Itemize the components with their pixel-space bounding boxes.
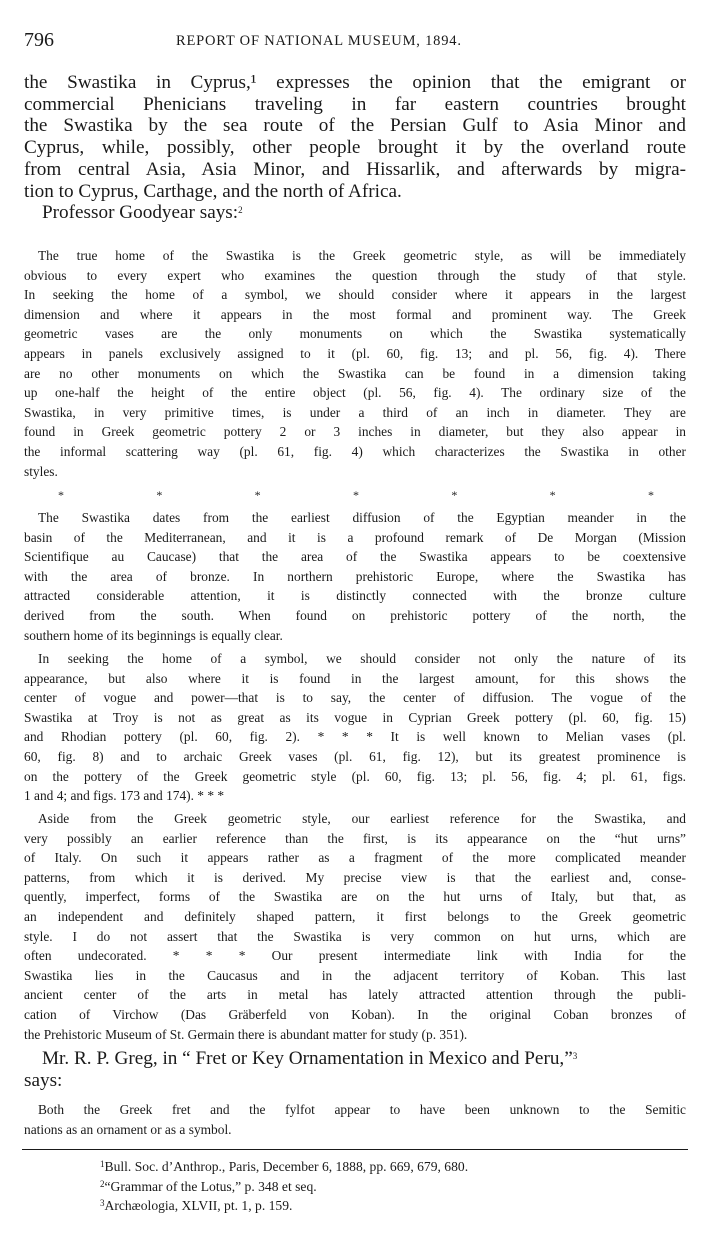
footnote-1: 1Bull. Soc. d’Anthrop., Paris, December … [100, 1157, 468, 1177]
text-line: often undecorated. * * * Our present int… [24, 946, 686, 966]
footnote-ref: 2 [238, 205, 243, 215]
text-line: The Swastika dates from the earliest dif… [24, 508, 686, 528]
text-line: found in Greek geometric pottery 2 or 3 … [24, 422, 686, 442]
text-line: dimension and where it appears in the mo… [24, 305, 686, 325]
goodyear-intro: Professor Goodyear says:2 [24, 202, 686, 224]
text-line: very possibly an earlier reference than … [24, 829, 686, 849]
text-line: Swastika, in very primitive times, is un… [24, 403, 686, 423]
text-line: styles. [24, 462, 686, 482]
quote-goodyear-2: The Swastika dates from the earliest dif… [24, 508, 686, 645]
text-line: nations as an ornament or as a symbol. [24, 1120, 686, 1140]
text-line: says: [24, 1070, 686, 1092]
asterisk: * [648, 488, 654, 503]
text-line: The true home of the Swastika is the Gre… [24, 246, 686, 266]
footnote-text: Archæologia, XLVII, pt. 1, p. 159. [105, 1198, 293, 1213]
text-line: cation of Virchow (Das Gräberfeld von Ko… [24, 1005, 686, 1025]
asterisk: * [550, 488, 556, 503]
greg-intro-paragraph: Mr. R. P. Greg, in “ Fret or Key Ornamen… [24, 1048, 686, 1091]
text-line: appears in panels exclusively assigned t… [24, 344, 686, 364]
footnote-ref: 3 [573, 1051, 578, 1061]
text-line: of Italy. On such it appears rather as a… [24, 848, 686, 868]
page-number: 796 [24, 29, 54, 52]
text-line: Scientifique au Caucase) that the area o… [24, 547, 686, 567]
running-title: REPORT OF NATIONAL MUSEUM, 1894. [176, 33, 462, 50]
greg-intro-line: Mr. R. P. Greg, in “ Fret or Key Ornamen… [24, 1048, 686, 1070]
text-line: attracted considerable attention, it is … [24, 586, 686, 606]
text-line: patterns, from which it is derived. My p… [24, 868, 686, 888]
footnote-2: 2“Grammar of the Lotus,” p. 348 et seq. [100, 1177, 468, 1197]
footnote-3: 3Archæologia, XLVII, pt. 1, p. 159. [100, 1196, 468, 1216]
text-line: up one-half the height of the entire obj… [24, 383, 686, 403]
text-line: ancient center of the arts in metal has … [24, 985, 686, 1005]
text-line: are no other monuments on which the Swas… [24, 364, 686, 384]
text-line: Aside from the Greek geometric style, ou… [24, 809, 686, 829]
text-line: In seeking the home of a symbol, we shou… [24, 649, 686, 669]
footnote-number: 1 [100, 1159, 105, 1169]
text-line: In seeking the home of a symbol, we shou… [24, 285, 686, 305]
text-line: appearance, but also where it is found i… [24, 669, 686, 689]
text-line: the Swastika by the sea route of the Per… [24, 115, 686, 137]
text-line: Swastika at Troy is not as great as its … [24, 708, 686, 728]
text-line: Cyprus, while, possibly, other people br… [24, 137, 686, 159]
asterisk: * [451, 488, 457, 503]
quote-greg: Both the Greek fret and the fylfot appea… [24, 1100, 686, 1139]
text-line: Both the Greek fret and the fylfot appea… [24, 1100, 686, 1120]
asterisk: * [58, 488, 64, 503]
text-line: southern home of its beginnings is equal… [24, 626, 686, 646]
text-line: basin of the Mediterranean, and it is a … [24, 528, 686, 548]
text-line: on the pottery of the Greek geometric st… [24, 767, 686, 787]
asterisk-ellipsis-row: * * * * * * * [24, 488, 686, 503]
footnote-number: 3 [100, 1198, 105, 1208]
footnotes: 1Bull. Soc. d’Anthrop., Paris, December … [100, 1157, 468, 1216]
text-line: center of vogue and power—that is to say… [24, 688, 686, 708]
text-line: and Rhodian pottery (pl. 60, fig. 2). * … [24, 727, 686, 747]
quote-goodyear-1: The true home of the Swastika is the Gre… [24, 246, 686, 481]
footnote-divider [22, 1149, 688, 1150]
page-header: 796 REPORT OF NATIONAL MUSEUM, 1894. [24, 29, 684, 51]
asterisk: * [353, 488, 359, 503]
text-line: Swastika lies in the Caucasus and in the… [24, 966, 686, 986]
greg-intro-text: Mr. R. P. Greg, in “ Fret or Key Ornamen… [42, 1048, 573, 1069]
text-line: from central Asia, Asia Minor, and Hissa… [24, 159, 686, 181]
text-line: commercial Phenicians traveling in far e… [24, 94, 686, 116]
text-line: quently, imperfect, forms of the Swastik… [24, 887, 686, 907]
text-line: the Prehistoric Museum of St. Germain th… [24, 1025, 686, 1045]
text-line: tion to Cyprus, Carthage, and the north … [24, 181, 686, 203]
quote-goodyear-4: Aside from the Greek geometric style, ou… [24, 809, 686, 1044]
text-line: an independent and definitely shaped pat… [24, 907, 686, 927]
footnote-number: 2 [100, 1179, 105, 1189]
intro-paragraph: the Swastika in Cyprus,¹ expresses the o… [24, 72, 686, 224]
footnote-text: Bull. Soc. d’Anthrop., Paris, December 6… [105, 1159, 469, 1174]
asterisk: * [156, 488, 162, 503]
text-line: geometric vases are the only monuments o… [24, 324, 686, 344]
text-line: with the area of bronze. In northern pre… [24, 567, 686, 587]
text-line: obvious to every expert who examines the… [24, 266, 686, 286]
text-line: 1 and 4; and figs. 173 and 174). * * * [24, 786, 686, 806]
text-line: derived from the south. When found on pr… [24, 606, 686, 626]
document-page: 796 REPORT OF NATIONAL MUSEUM, 1894. the… [0, 0, 723, 1249]
text-line: style. I do not assert that the Swastika… [24, 927, 686, 947]
asterisk: * [255, 488, 261, 503]
goodyear-intro-text: Professor Goodyear says: [42, 202, 238, 223]
text-line: 60, fig. 8) and to archaic Greek vases (… [24, 747, 686, 767]
text-line: the informal scattering way (pl. 61, fig… [24, 442, 686, 462]
quote-goodyear-3: In seeking the home of a symbol, we shou… [24, 649, 686, 806]
footnote-text: “Grammar of the Lotus,” p. 348 et seq. [105, 1179, 317, 1194]
text-line: the Swastika in Cyprus,¹ expresses the o… [24, 72, 686, 94]
